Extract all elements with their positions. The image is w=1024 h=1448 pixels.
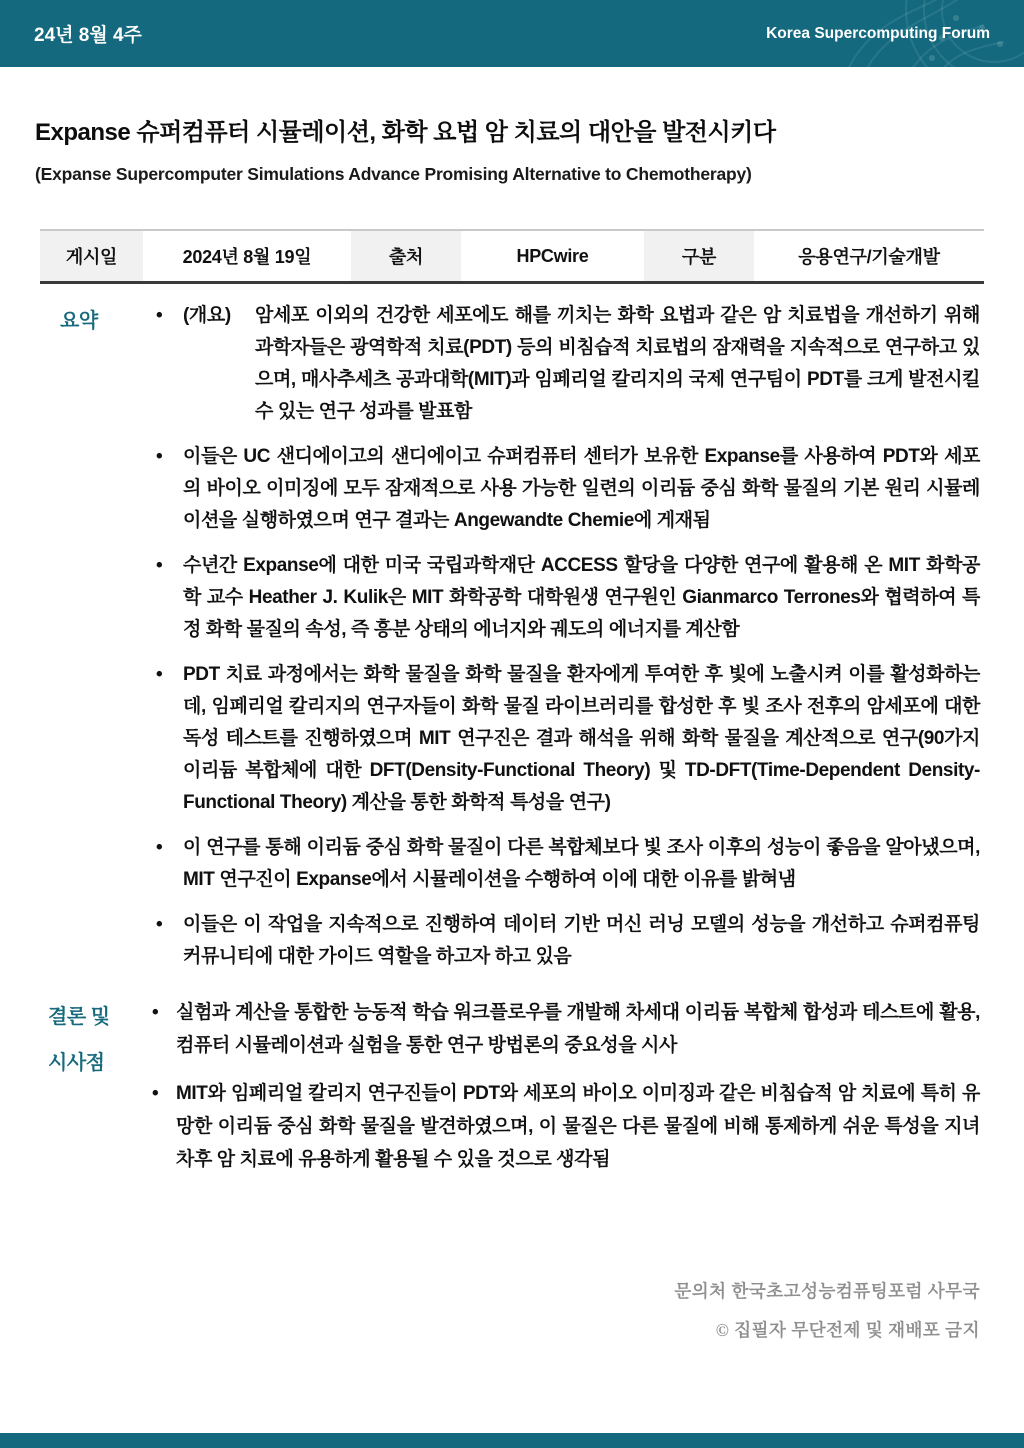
meta-value-posted-date: 2024년 8월 19일 [143, 231, 351, 281]
brand-label: Korea Supercomputing Forum [766, 25, 990, 43]
conclusion-bullet-list: 실험과 계산을 통합한 능동적 학습 워크플로우를 개발해 차세대 이리듐 복합… [150, 996, 980, 1176]
bullet-text: 암세포 이외의 건강한 세포에도 해를 끼치는 화학 요법과 같은 암 치료법을… [255, 305, 980, 422]
bullet-text: 이들은 UC 샌디에이고의 샌디에이고 슈퍼컴퓨터 센터가 보유한 Expans… [183, 446, 980, 531]
bullet-text: 이 연구를 통해 이리듐 중심 화학 물질이 다른 복합체보다 빛 조사 이후의… [183, 837, 980, 890]
conclusion-content: 실험과 계산을 통합한 능동적 학습 워크플로우를 개발해 차세대 이리듐 복합… [150, 996, 980, 1191]
footer-contact: 문의처 한국초고성능컴퓨팅포럼 사무국 [674, 1272, 980, 1311]
conclusion-label-line2: 시사점 [48, 1046, 150, 1075]
meta-value-source: HPCwire [461, 231, 644, 281]
bullet-text: 실험과 계산을 통합한 능동적 학습 워크플로우를 개발해 차세대 이리듐 복합… [176, 1002, 980, 1056]
summary-bullet-list: (개요) 암세포 이외의 건강한 세포에도 해를 끼치는 화학 요법과 같은 암… [150, 300, 980, 973]
page-title: Expanse 슈퍼컴퓨터 시뮬레이션, 화학 요법 암 치료의 대안을 발전시… [35, 112, 980, 147]
meta-label-category: 구분 [644, 231, 754, 281]
conclusion-label-line1: 결론 및 [48, 1000, 150, 1029]
section-label-summary: 요약 [0, 300, 150, 986]
newsletter-page: 24년 8월 4주 Korea Supercomputing Forum Ex [0, 0, 1024, 1448]
summary-label-text: 요약 [60, 304, 150, 333]
bullet-item: (개요) 암세포 이외의 건강한 세포에도 해를 끼치는 화학 요법과 같은 암… [150, 300, 980, 428]
bullet-text: 이들은 이 작업을 지속적으로 진행하여 데이터 기반 머신 러닝 모델의 성능… [183, 914, 980, 967]
meta-label-source: 출처 [351, 231, 461, 281]
meta-value-category: 응용연구/기술개발 [754, 231, 984, 281]
section-conclusion: 결론 및 시사점 실험과 계산을 통합한 능동적 학습 워크플로우를 개발해 차… [0, 996, 1024, 1191]
section-summary: 요약 (개요) 암세포 이외의 건강한 세포에도 해를 끼치는 화학 요법과 같… [0, 300, 1024, 986]
bullet-item: 이들은 이 작업을 지속적으로 진행하여 데이터 기반 머신 러닝 모델의 성능… [150, 909, 980, 973]
bullet-item: 이 연구를 통해 이리듐 중심 화학 물질이 다른 복합체보다 빛 조사 이후의… [150, 832, 980, 896]
bullet-text: 수년간 Expanse에 대한 미국 국립과학재단 ACCESS 할당을 다양한… [183, 555, 980, 640]
bullet-text: PDT 치료 과정에서는 화학 물질을 화학 물질을 환자에게 투여한 후 빛에… [183, 664, 980, 813]
bullet-text: MIT와 임페리얼 칼리지 연구진들이 PDT와 세포의 바이오 이미징과 같은… [176, 1083, 980, 1170]
footer-note: 문의처 한국초고성능컴퓨팅포럼 사무국 © 집필자 무단전제 및 재배포 금지 [674, 1272, 980, 1350]
bullet-item: 이들은 UC 샌디에이고의 샌디에이고 슈퍼컴퓨터 센터가 보유한 Expans… [150, 441, 980, 537]
section-label-conclusion: 결론 및 시사점 [0, 996, 150, 1191]
bottom-bar [0, 1433, 1024, 1448]
bullet-item: 수년간 Expanse에 대한 미국 국립과학재단 ACCESS 할당을 다양한… [150, 550, 980, 646]
meta-label-posted-date: 게시일 [40, 231, 143, 281]
content-area: Expanse 슈퍼컴퓨터 시뮬레이션, 화학 요법 암 치료의 대안을 발전시… [0, 112, 1024, 185]
footer-copyright: © 집필자 무단전제 및 재배포 금지 [674, 1311, 980, 1350]
bullet-item: 실험과 계산을 통합한 능동적 학습 워크플로우를 개발해 차세대 이리듐 복합… [150, 996, 980, 1062]
summary-content: (개요) 암세포 이외의 건강한 세포에도 해를 끼치는 화학 요법과 같은 암… [150, 300, 980, 986]
bullet-prefix: (개요) [183, 300, 231, 332]
issue-week-label: 24년 8월 4주 [34, 20, 142, 47]
bullet-item: MIT와 임페리얼 칼리지 연구진들이 PDT와 세포의 바이오 이미징과 같은… [150, 1077, 980, 1176]
meta-table: 게시일 2024년 8월 19일 출처 HPCwire 구분 응용연구/기술개발 [40, 229, 984, 284]
page-subtitle: (Expanse Supercomputer Simulations Advan… [35, 164, 980, 185]
header-bar: 24년 8월 4주 Korea Supercomputing Forum [0, 0, 1024, 67]
bullet-item: PDT 치료 과정에서는 화학 물질을 화학 물질을 환자에게 투여한 후 빛에… [150, 659, 980, 819]
